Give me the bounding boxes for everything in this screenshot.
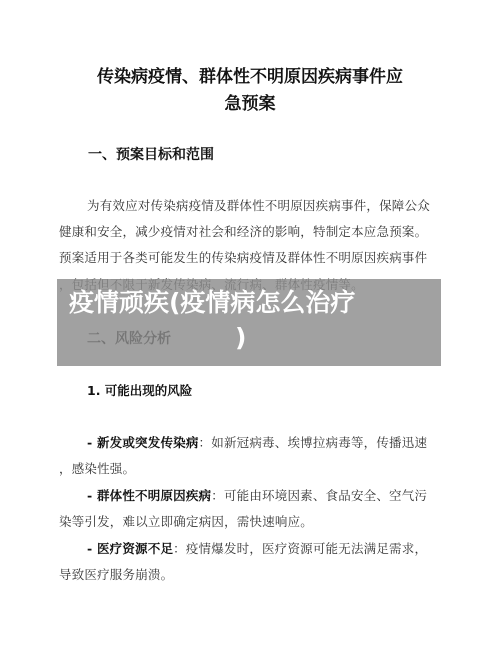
risk-item-label: - 群体性不明原因疾病 [87,488,211,503]
risk-item: - 医疗资源不足：疫情爆发时，医疗资源可能无法满足需求， [87,539,427,557]
section1-para-line: 健康和安全，减少疫情对社会和经济的影响，特制定本应急预案。 [59,222,427,240]
section1-heading: 一、预案目标和范围 [88,144,214,164]
risk-item-label: - 新发或突发传染病 [87,435,199,450]
section1-para-line: 预案适用于各类可能发生的传染病疫情及群体性不明原因疾病事件 [59,248,427,266]
risk-item: - 群体性不明原因疾病：可能由环境因素、食品安全、空气污 [87,486,427,504]
overlay-title-line2: ) [235,323,246,352]
document-title-line2: 急预案 [0,89,500,114]
risk-item-text: ：疫情爆发时，医疗资源可能无法满足需求， [173,541,427,556]
risk-item: - 新发或突发传染病：如新冠病毒、埃博拉病毒等，传播迅速 [87,433,427,451]
risk-item-text: ：如新冠病毒、埃博拉病毒等，传播迅速 [199,435,428,450]
section1-para-line: 为有效应对传染病疫情及群体性不明原因疾病事件，保障公众 [87,196,430,214]
title-overlay-banner: 疫情顽疾(疫情病怎么治疗 ) [57,279,441,366]
risk-item-label: - 医疗资源不足 [87,541,173,556]
overlay-title-line1: 疫情顽疾(疫情病怎么治疗 [69,283,355,319]
risk-item-cont: 导致医疗服务崩溃。 [59,565,173,583]
risk-item-text: ：可能由环境因素、食品安全、空气污 [211,488,427,503]
risk-item-cont: ，感染性强。 [59,459,135,477]
document-title-line1: 传染病疫情、群体性不明原因疾病事件应 [0,62,500,87]
risk-item-cont: 染等引发，难以立即确定病因，需快速响应。 [59,512,313,530]
section2-subheading: 1. 可能出现的风险 [87,381,192,399]
